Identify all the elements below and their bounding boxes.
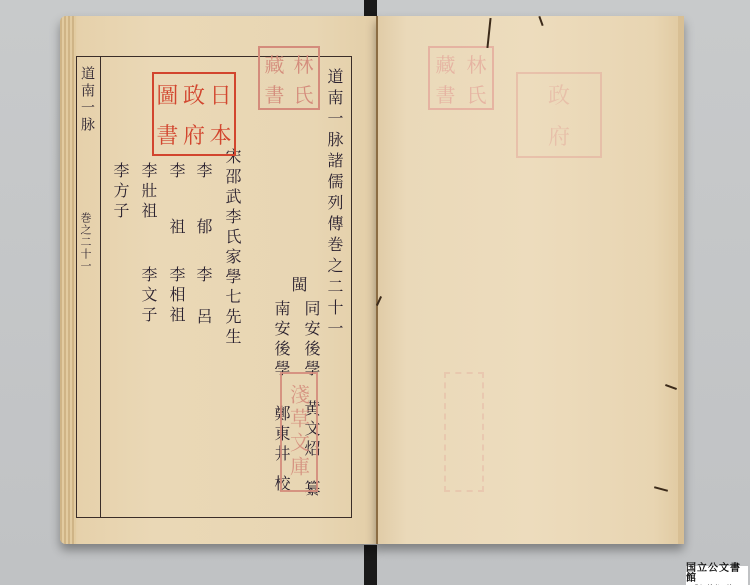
seal-char: 書 [265,79,285,108]
seal-char: 府 [183,119,205,150]
seal-asakusa-bunko: 淺草文庫 [280,372,318,492]
credit1-origin: 同安後學 [303,300,319,380]
entry-li-fangzi: 李方子 [112,162,128,222]
section-heading: 宋邵武李氏家學七先生 [224,148,240,348]
seal-char: 書 [156,119,178,150]
margin-title: 道南一脉 [80,66,94,134]
entry-li-xiangzu: 李相祖 [168,266,184,326]
archive-logo-main: 国立公文書館 [686,564,748,584]
seal-char: 政 [548,79,570,110]
seal-char: 日 [210,79,232,110]
book-gutter [376,16,378,544]
credit-region: 閩 [290,276,306,296]
offset-seal-hayashi: 林 藏 氏 書 [428,46,494,110]
seal-char: 林 [294,49,314,78]
seal-nihon-seifu-tosho: 日 政 圖 本 府 書 [152,72,236,156]
entry-li-lu: 李呂 [195,266,211,350]
entry-li-zhuangzu: 李壯祖 [140,162,156,222]
seal-char: 政 [183,79,205,110]
seal-char: 書 [436,79,456,108]
entry-li-zu: 李祖 [168,162,184,274]
seal-char: 藏 [265,49,285,78]
archive-logo: 国立公文書館 National Archives of Japan [686,566,748,585]
right-page-edge [678,16,684,544]
seal-char: 本 [210,119,232,150]
page-stack-edge [60,16,76,544]
book-title-column: 道南一脉諸儒列傳巻之二十一 [326,68,342,341]
seal-char: 氏 [294,79,314,108]
margin-volume: 巻之二十一 [80,212,91,272]
seal-char: 氏 [467,79,487,108]
bookmark-ribbon-bottom [364,545,377,585]
entry-li-wenzi: 李文子 [140,266,156,326]
seal-char: 林 [467,49,487,78]
seal-char: 圖 [156,79,178,110]
seal-char: 府 [548,120,570,151]
seal-hayashi: 林 藏 氏 書 [258,46,320,110]
offset-seal-seifu: 政 府 [516,72,602,158]
seal-char: 藏 [436,49,456,78]
credit2-origin: 南安後學 [273,300,289,380]
offset-seal-asakusa [444,372,484,492]
entry-li-yu: 李郁 [195,162,211,274]
